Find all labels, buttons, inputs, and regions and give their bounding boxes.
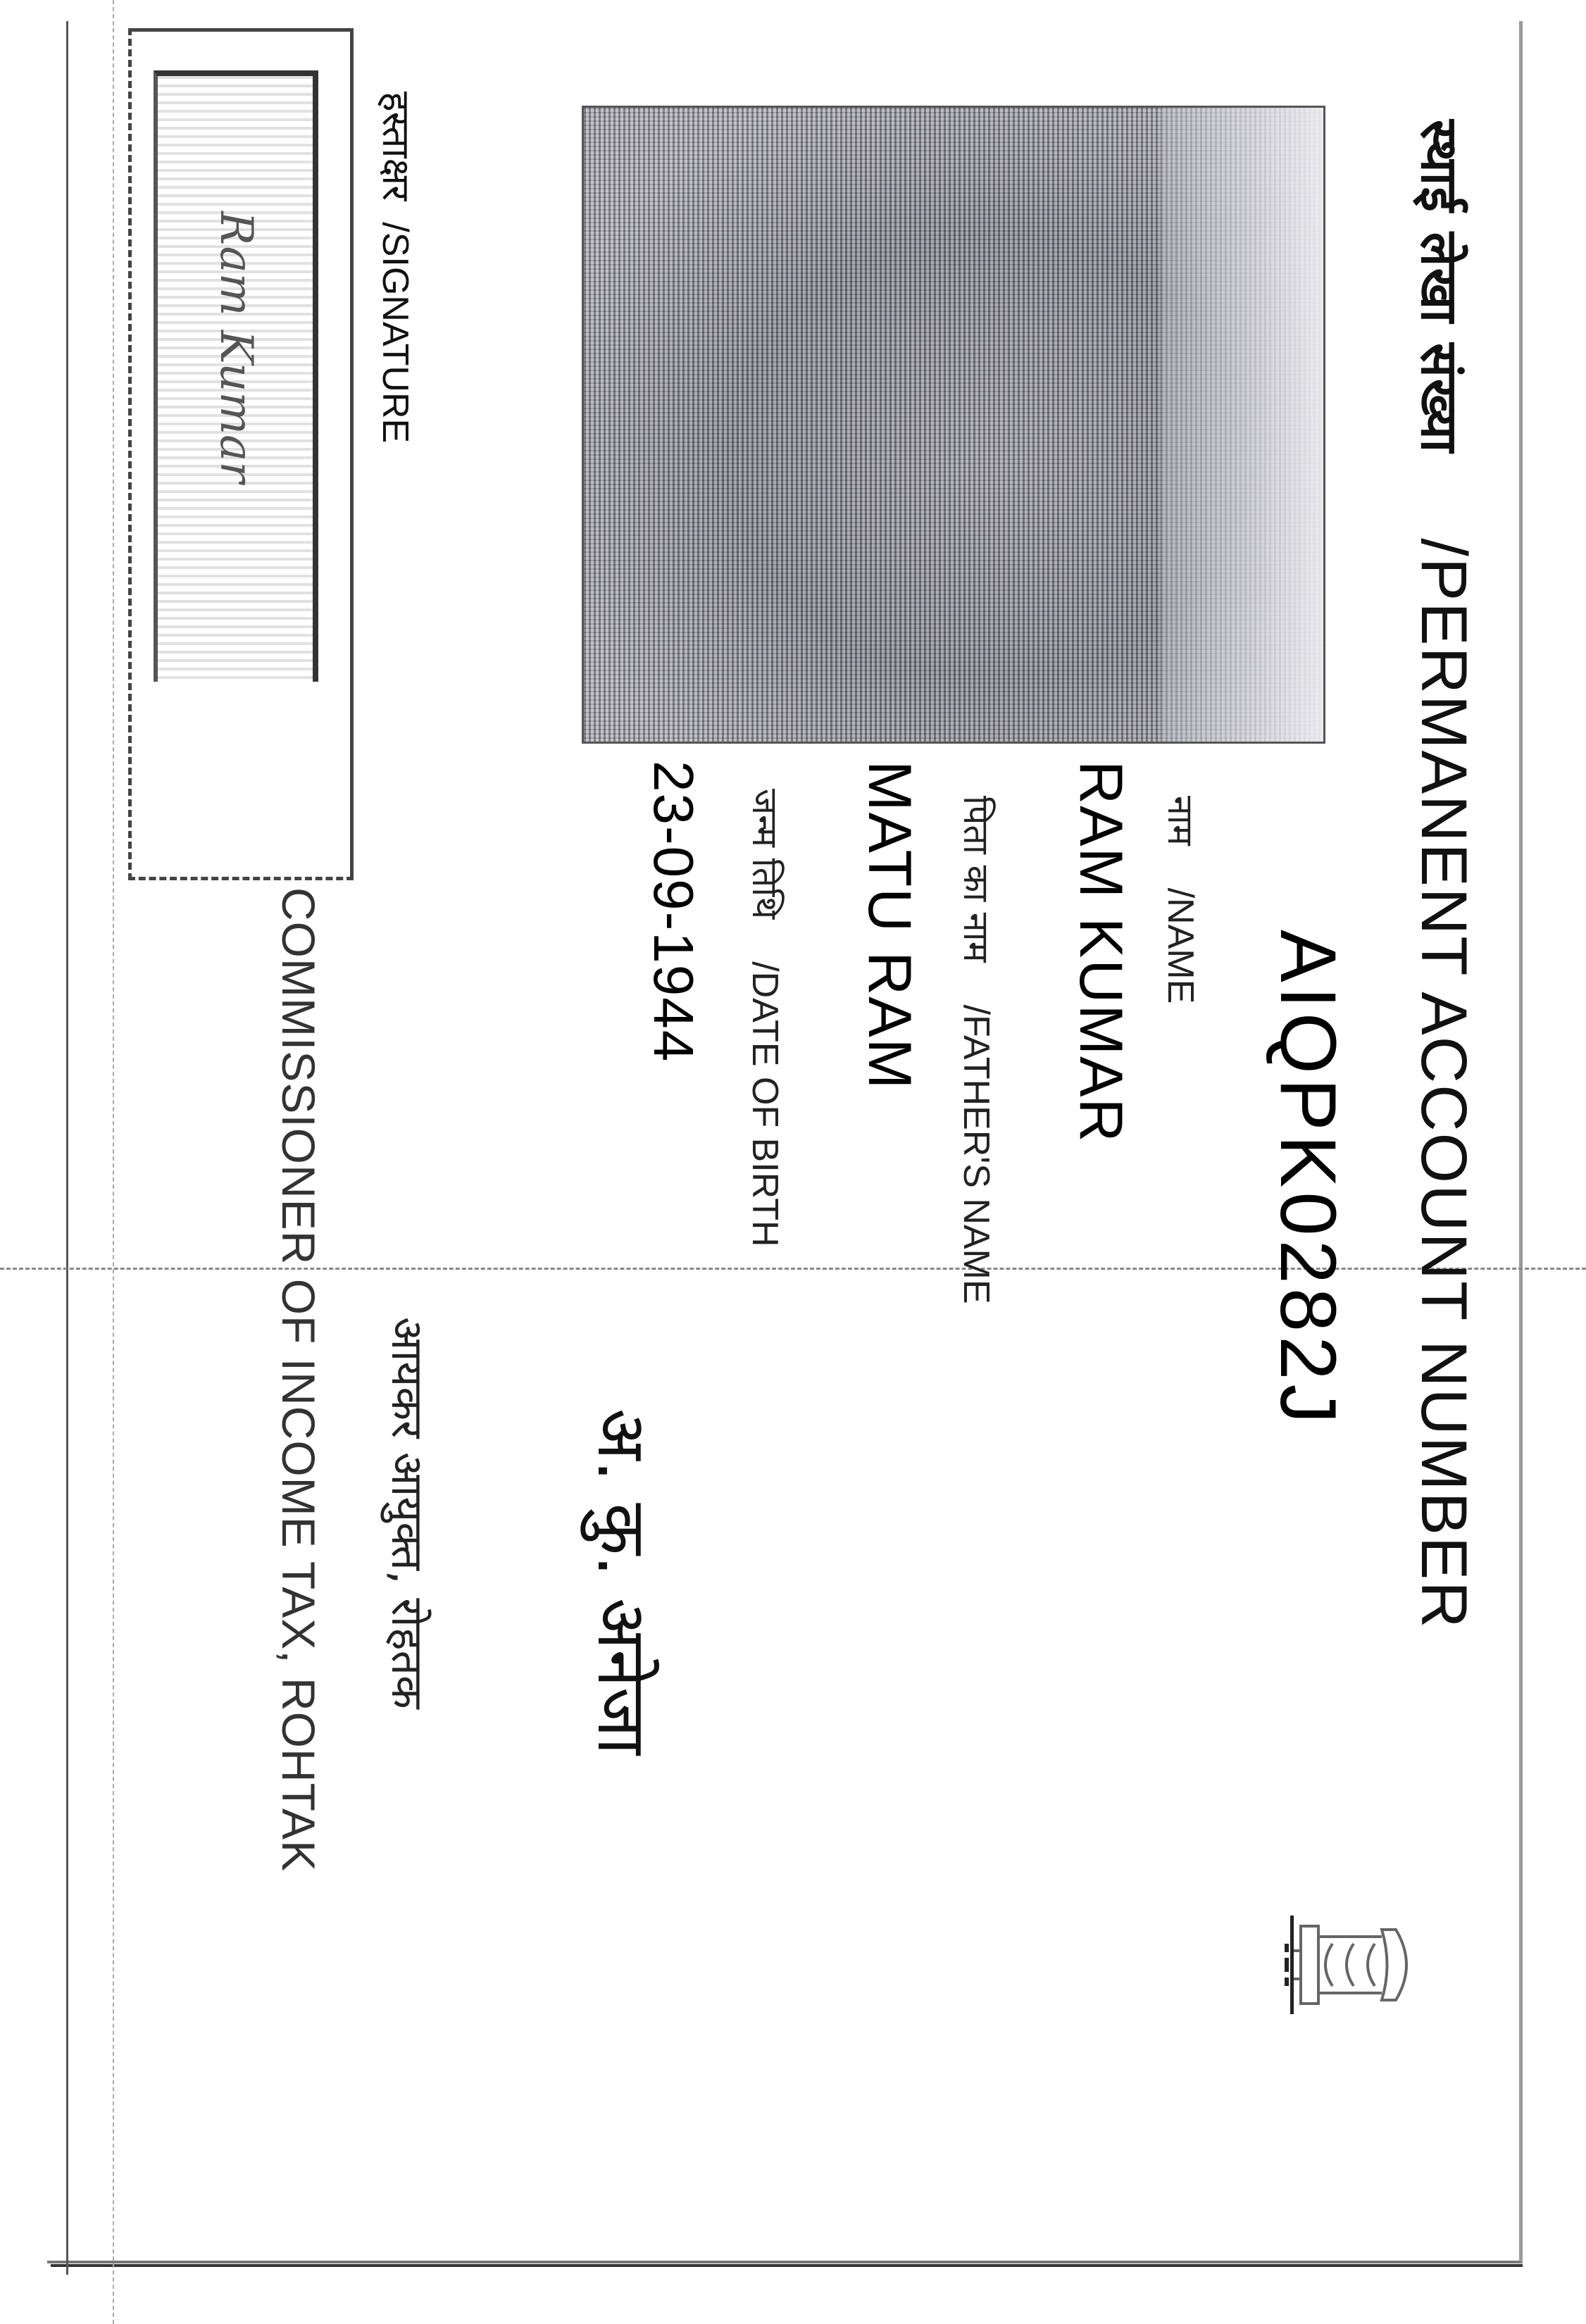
authority-title-english: COMMISSIONER OF INCOME TAX, ROHTAK [272, 887, 325, 1872]
pan-number: AIQPK0282J [1263, 930, 1354, 1428]
pan-card: स्थाई लेखा संख्या/PERMANENT ACCOUNT NUMB… [0, 0, 1586, 2324]
national-emblem-icon [1283, 1901, 1424, 2028]
header-english: /PERMANENT ACCOUNT NUMBER [1408, 538, 1480, 1629]
dob-label: जन्म तिथि/DATE OF BIRTH [742, 789, 790, 1247]
card-edge-bottom [66, 21, 68, 2275]
card-edge [51, 2264, 1523, 2267]
father-name-value: MATU RAM [854, 761, 924, 1090]
name-value: RAM KUMAR [1066, 761, 1135, 1144]
photo [582, 106, 1325, 744]
father-name-label: पिता का नाम/FATHER'S NAME [954, 796, 1001, 1304]
fold-line-horizontal [113, 0, 114, 2324]
header-hindi: स्थाई लेखा संख्या [1410, 120, 1469, 454]
card-header: स्थाई लेखा संख्या/PERMANENT ACCOUNT NUMB… [1406, 120, 1480, 1630]
dob-value: 23-09-1944 [641, 761, 706, 1063]
authority-title-hindi: आयकर आयुक्त, रोहतक [379, 1317, 438, 1709]
name-label: नाम/NAME [1158, 796, 1206, 1004]
signature-label: हस्ताक्षर/SIGNATURE [372, 92, 424, 443]
holder-signature: Ram Kumar [210, 211, 262, 483]
authority-signature: अ. कु. अनेजा [578, 1408, 670, 1755]
